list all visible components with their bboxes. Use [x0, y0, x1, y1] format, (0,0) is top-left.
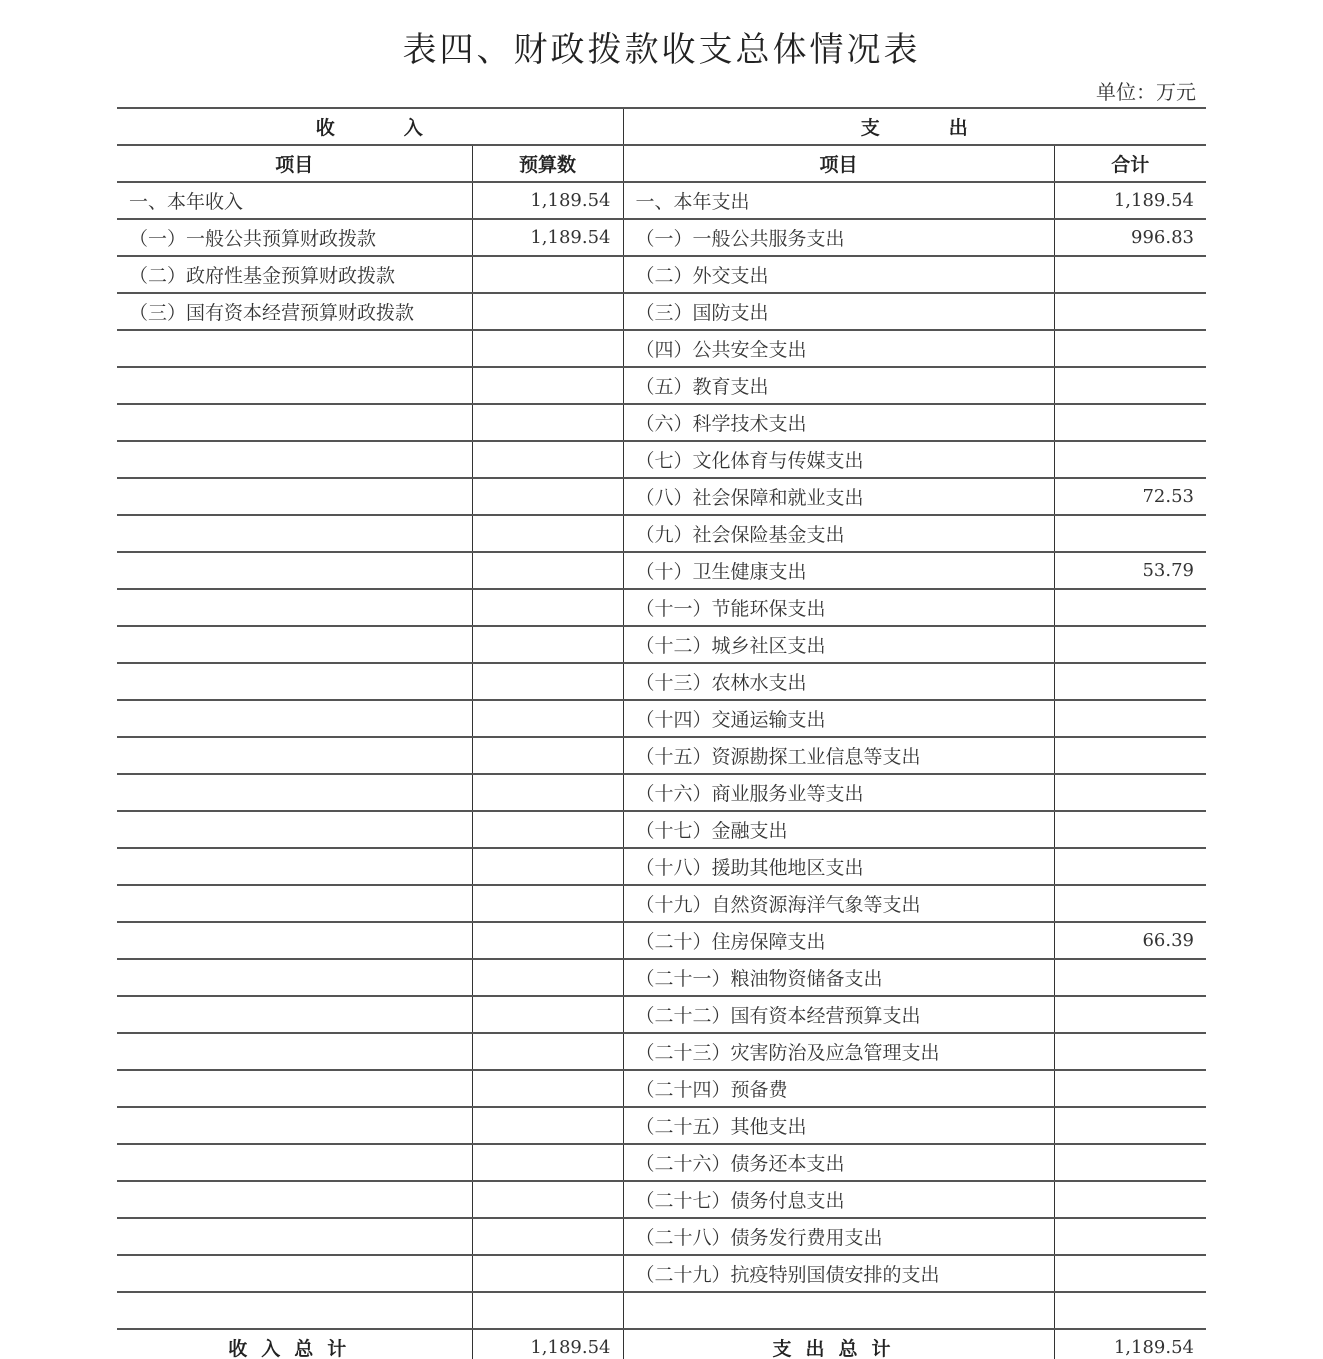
income-total-amount: 1,189.54 [472, 1329, 623, 1359]
expense-item-cell: （三）国防支出 [623, 293, 1054, 330]
expense-item-cell: （十九）自然资源海洋气象等支出 [623, 885, 1054, 922]
income-item-cell [117, 848, 472, 885]
expense-item-cell: （二十七）债务付息支出 [623, 1181, 1054, 1218]
expense-amount-cell [1054, 959, 1206, 996]
table-row: （十四）交通运输支出 [117, 700, 1206, 737]
column-header-row: 项目 预算数 项目 合计 [117, 145, 1206, 182]
table-row: （七）文化体育与传媒支出 [117, 441, 1206, 478]
expense-amount-cell [1054, 1292, 1206, 1329]
table-row: （十）卫生健康支出53.79 [117, 552, 1206, 589]
expense-amount-cell [1054, 848, 1206, 885]
expense-amount-cell [1054, 737, 1206, 774]
document-title: 表四、财政拨款收支总体情况表 [0, 22, 1323, 71]
expense-amount-cell [1054, 1255, 1206, 1292]
income-item-cell [117, 515, 472, 552]
table-row: （十一）节能环保支出 [117, 589, 1206, 626]
table-row: （二）政府性基金预算财政拨款（二）外交支出 [117, 256, 1206, 293]
income-total-label: 收入总计 [117, 1329, 472, 1359]
expense-item-cell: （十七）金融支出 [623, 811, 1054, 848]
expense-amount-cell [1054, 1181, 1206, 1218]
expense-item-cell: （四）公共安全支出 [623, 330, 1054, 367]
table-row: （十九）自然资源海洋气象等支出 [117, 885, 1206, 922]
income-item-cell [117, 1070, 472, 1107]
expense-header-char-2: 出 [949, 113, 969, 140]
unit-label: 单位：万元 [1096, 76, 1196, 105]
expense-item-cell: （二十九）抗疫特别国债安排的支出 [623, 1255, 1054, 1292]
income-section-header: 收入 [117, 108, 623, 145]
expense-amount-cell [1054, 774, 1206, 811]
expense-item-cell [623, 1292, 1054, 1329]
income-item-cell [117, 552, 472, 589]
income-amount-column-header: 预算数 [472, 145, 623, 182]
expense-amount-cell [1054, 700, 1206, 737]
expense-item-cell: （二十二）国有资本经营预算支出 [623, 996, 1054, 1033]
table-body: 一、本年收入1,189.54一、本年支出1,189.54（一）一般公共预算财政拨… [117, 182, 1206, 1329]
table-row: （十二）城乡社区支出 [117, 626, 1206, 663]
income-amount-cell [472, 552, 623, 589]
income-amount-cell [472, 367, 623, 404]
income-item-cell [117, 663, 472, 700]
expense-item-cell: （二十三）灾害防治及应急管理支出 [623, 1033, 1054, 1070]
table-row: （二十六）债务还本支出 [117, 1144, 1206, 1181]
expense-item-cell: （十三）农林水支出 [623, 663, 1054, 700]
income-amount-cell [472, 1144, 623, 1181]
expense-amount-cell [1054, 811, 1206, 848]
income-amount-cell [472, 1292, 623, 1329]
income-item-cell [117, 774, 472, 811]
income-item-cell [117, 811, 472, 848]
income-amount-cell: 1,189.54 [472, 182, 623, 219]
expense-amount-cell [1054, 330, 1206, 367]
expense-item-cell: （十八）援助其他地区支出 [623, 848, 1054, 885]
income-amount-cell [472, 959, 623, 996]
income-item-cell [117, 700, 472, 737]
income-amount-cell [472, 922, 623, 959]
expense-amount-cell [1054, 515, 1206, 552]
expense-amount-cell [1054, 885, 1206, 922]
table-row: （八）社会保障和就业支出72.53 [117, 478, 1206, 515]
table-row: （十七）金融支出 [117, 811, 1206, 848]
income-amount-cell [472, 515, 623, 552]
income-amount-cell [472, 589, 623, 626]
income-item-cell [117, 959, 472, 996]
expense-item-cell: （二十）住房保障支出 [623, 922, 1054, 959]
income-amount-cell [472, 1107, 623, 1144]
expense-amount-cell [1054, 1218, 1206, 1255]
expense-amount-cell [1054, 626, 1206, 663]
expense-item-cell: （八）社会保障和就业支出 [623, 478, 1054, 515]
expense-amount-cell [1054, 404, 1206, 441]
expense-amount-cell: 53.79 [1054, 552, 1206, 589]
income-item-cell [117, 404, 472, 441]
expense-total-amount: 1,189.54 [1054, 1329, 1206, 1359]
totals-row: 收入总计 1,189.54 支出总计 1,189.54 [117, 1329, 1206, 1359]
expense-item-cell: 一、本年支出 [623, 182, 1054, 219]
expense-item-cell: （七）文化体育与传媒支出 [623, 441, 1054, 478]
income-item-cell [117, 1218, 472, 1255]
expense-amount-cell: 66.39 [1054, 922, 1206, 959]
income-item-cell [117, 1255, 472, 1292]
table-row: （二十五）其他支出 [117, 1107, 1206, 1144]
budget-table: 收入 支出 项目 预算数 项目 合计 一、本年收入1,189.54一、本年支出1… [117, 107, 1206, 1359]
income-item-cell: （一）一般公共预算财政拨款 [117, 219, 472, 256]
expense-item-cell: （二十六）债务还本支出 [623, 1144, 1054, 1181]
expense-amount-cell [1054, 996, 1206, 1033]
expense-item-cell: （二十四）预备费 [623, 1070, 1054, 1107]
expense-amount-cell [1054, 589, 1206, 626]
expense-amount-cell [1054, 441, 1206, 478]
expense-item-cell: （十二）城乡社区支出 [623, 626, 1054, 663]
table-row: （九）社会保险基金支出 [117, 515, 1206, 552]
income-header-char-1: 收 [316, 113, 336, 140]
income-item-cell [117, 1292, 472, 1329]
income-amount-cell [472, 1033, 623, 1070]
income-item-cell [117, 1107, 472, 1144]
income-item-cell [117, 885, 472, 922]
income-amount-cell [472, 774, 623, 811]
expense-amount-cell [1054, 293, 1206, 330]
table-row: （二十七）债务付息支出 [117, 1181, 1206, 1218]
expense-header-char-1: 支 [861, 113, 881, 140]
expense-item-cell: （二十八）债务发行费用支出 [623, 1218, 1054, 1255]
income-item-cell [117, 478, 472, 515]
expense-item-column-header: 项目 [623, 145, 1054, 182]
expense-amount-cell [1054, 1144, 1206, 1181]
expense-item-cell: （十四）交通运输支出 [623, 700, 1054, 737]
income-item-cell [117, 1033, 472, 1070]
expense-item-cell: （十）卫生健康支出 [623, 552, 1054, 589]
income-item-cell [117, 1181, 472, 1218]
expense-amount-cell: 1,189.54 [1054, 182, 1206, 219]
income-item-cell: 一、本年收入 [117, 182, 472, 219]
table-row: （二十八）债务发行费用支出 [117, 1218, 1206, 1255]
income-item-cell [117, 626, 472, 663]
income-amount-cell [472, 256, 623, 293]
income-item-cell [117, 441, 472, 478]
income-amount-cell [472, 996, 623, 1033]
income-amount-cell [472, 700, 623, 737]
income-amount-cell [472, 478, 623, 515]
income-amount-cell [472, 1218, 623, 1255]
expense-amount-cell [1054, 1107, 1206, 1144]
expense-item-cell: （二十一）粮油物资储备支出 [623, 959, 1054, 996]
expense-item-cell: （二）外交支出 [623, 256, 1054, 293]
income-amount-cell [472, 293, 623, 330]
table-row: （三）国有资本经营预算财政拨款（三）国防支出 [117, 293, 1206, 330]
table-row [117, 1292, 1206, 1329]
income-header-char-2: 入 [404, 113, 424, 140]
income-amount-cell [472, 626, 623, 663]
table-row: 一、本年收入1,189.54一、本年支出1,189.54 [117, 182, 1206, 219]
table-row: （二十四）预备费 [117, 1070, 1206, 1107]
expense-item-cell: （九）社会保险基金支出 [623, 515, 1054, 552]
income-item-cell [117, 330, 472, 367]
expense-section-header: 支出 [623, 108, 1206, 145]
income-item-cell [117, 589, 472, 626]
income-item-cell [117, 367, 472, 404]
income-amount-cell [472, 1255, 623, 1292]
expense-amount-cell [1054, 367, 1206, 404]
table-row: （十八）援助其他地区支出 [117, 848, 1206, 885]
income-amount-cell [472, 1181, 623, 1218]
expense-amount-cell [1054, 663, 1206, 700]
table-row: （二十一）粮油物资储备支出 [117, 959, 1206, 996]
expense-item-cell: （二十五）其他支出 [623, 1107, 1054, 1144]
table-row: （一）一般公共预算财政拨款1,189.54（一）一般公共服务支出996.83 [117, 219, 1206, 256]
table-row: （二十三）灾害防治及应急管理支出 [117, 1033, 1206, 1070]
expense-item-cell: （六）科学技术支出 [623, 404, 1054, 441]
income-amount-cell [472, 737, 623, 774]
table-row: （四）公共安全支出 [117, 330, 1206, 367]
table-row: （二十九）抗疫特别国债安排的支出 [117, 1255, 1206, 1292]
income-item-cell [117, 737, 472, 774]
expense-item-cell: （十一）节能环保支出 [623, 589, 1054, 626]
table-row: （二十）住房保障支出66.39 [117, 922, 1206, 959]
expense-amount-column-header: 合计 [1054, 145, 1206, 182]
table-row: （二十二）国有资本经营预算支出 [117, 996, 1206, 1033]
table-row: （六）科学技术支出 [117, 404, 1206, 441]
expense-item-cell: （十六）商业服务业等支出 [623, 774, 1054, 811]
income-item-cell [117, 922, 472, 959]
income-item-cell [117, 996, 472, 1033]
table-row: （十六）商业服务业等支出 [117, 774, 1206, 811]
income-item-cell: （三）国有资本经营预算财政拨款 [117, 293, 472, 330]
expense-amount-cell: 72.53 [1054, 478, 1206, 515]
income-amount-cell [472, 330, 623, 367]
expense-amount-cell: 996.83 [1054, 219, 1206, 256]
income-amount-cell [472, 404, 623, 441]
expense-item-cell: （十五）资源勘探工业信息等支出 [623, 737, 1054, 774]
income-amount-cell [472, 663, 623, 700]
expense-amount-cell [1054, 256, 1206, 293]
section-header-row: 收入 支出 [117, 108, 1206, 145]
expense-total-label: 支出总计 [623, 1329, 1054, 1359]
expense-item-cell: （一）一般公共服务支出 [623, 219, 1054, 256]
income-item-cell [117, 1144, 472, 1181]
income-amount-cell [472, 848, 623, 885]
table-row: （十五）资源勘探工业信息等支出 [117, 737, 1206, 774]
income-item-cell: （二）政府性基金预算财政拨款 [117, 256, 472, 293]
income-item-column-header: 项目 [117, 145, 472, 182]
expense-amount-cell [1054, 1033, 1206, 1070]
expense-amount-cell [1054, 1070, 1206, 1107]
table-row: （十三）农林水支出 [117, 663, 1206, 700]
income-amount-cell [472, 1070, 623, 1107]
income-amount-cell [472, 441, 623, 478]
income-amount-cell [472, 885, 623, 922]
table-row: （五）教育支出 [117, 367, 1206, 404]
income-amount-cell: 1,189.54 [472, 219, 623, 256]
income-amount-cell [472, 811, 623, 848]
expense-item-cell: （五）教育支出 [623, 367, 1054, 404]
